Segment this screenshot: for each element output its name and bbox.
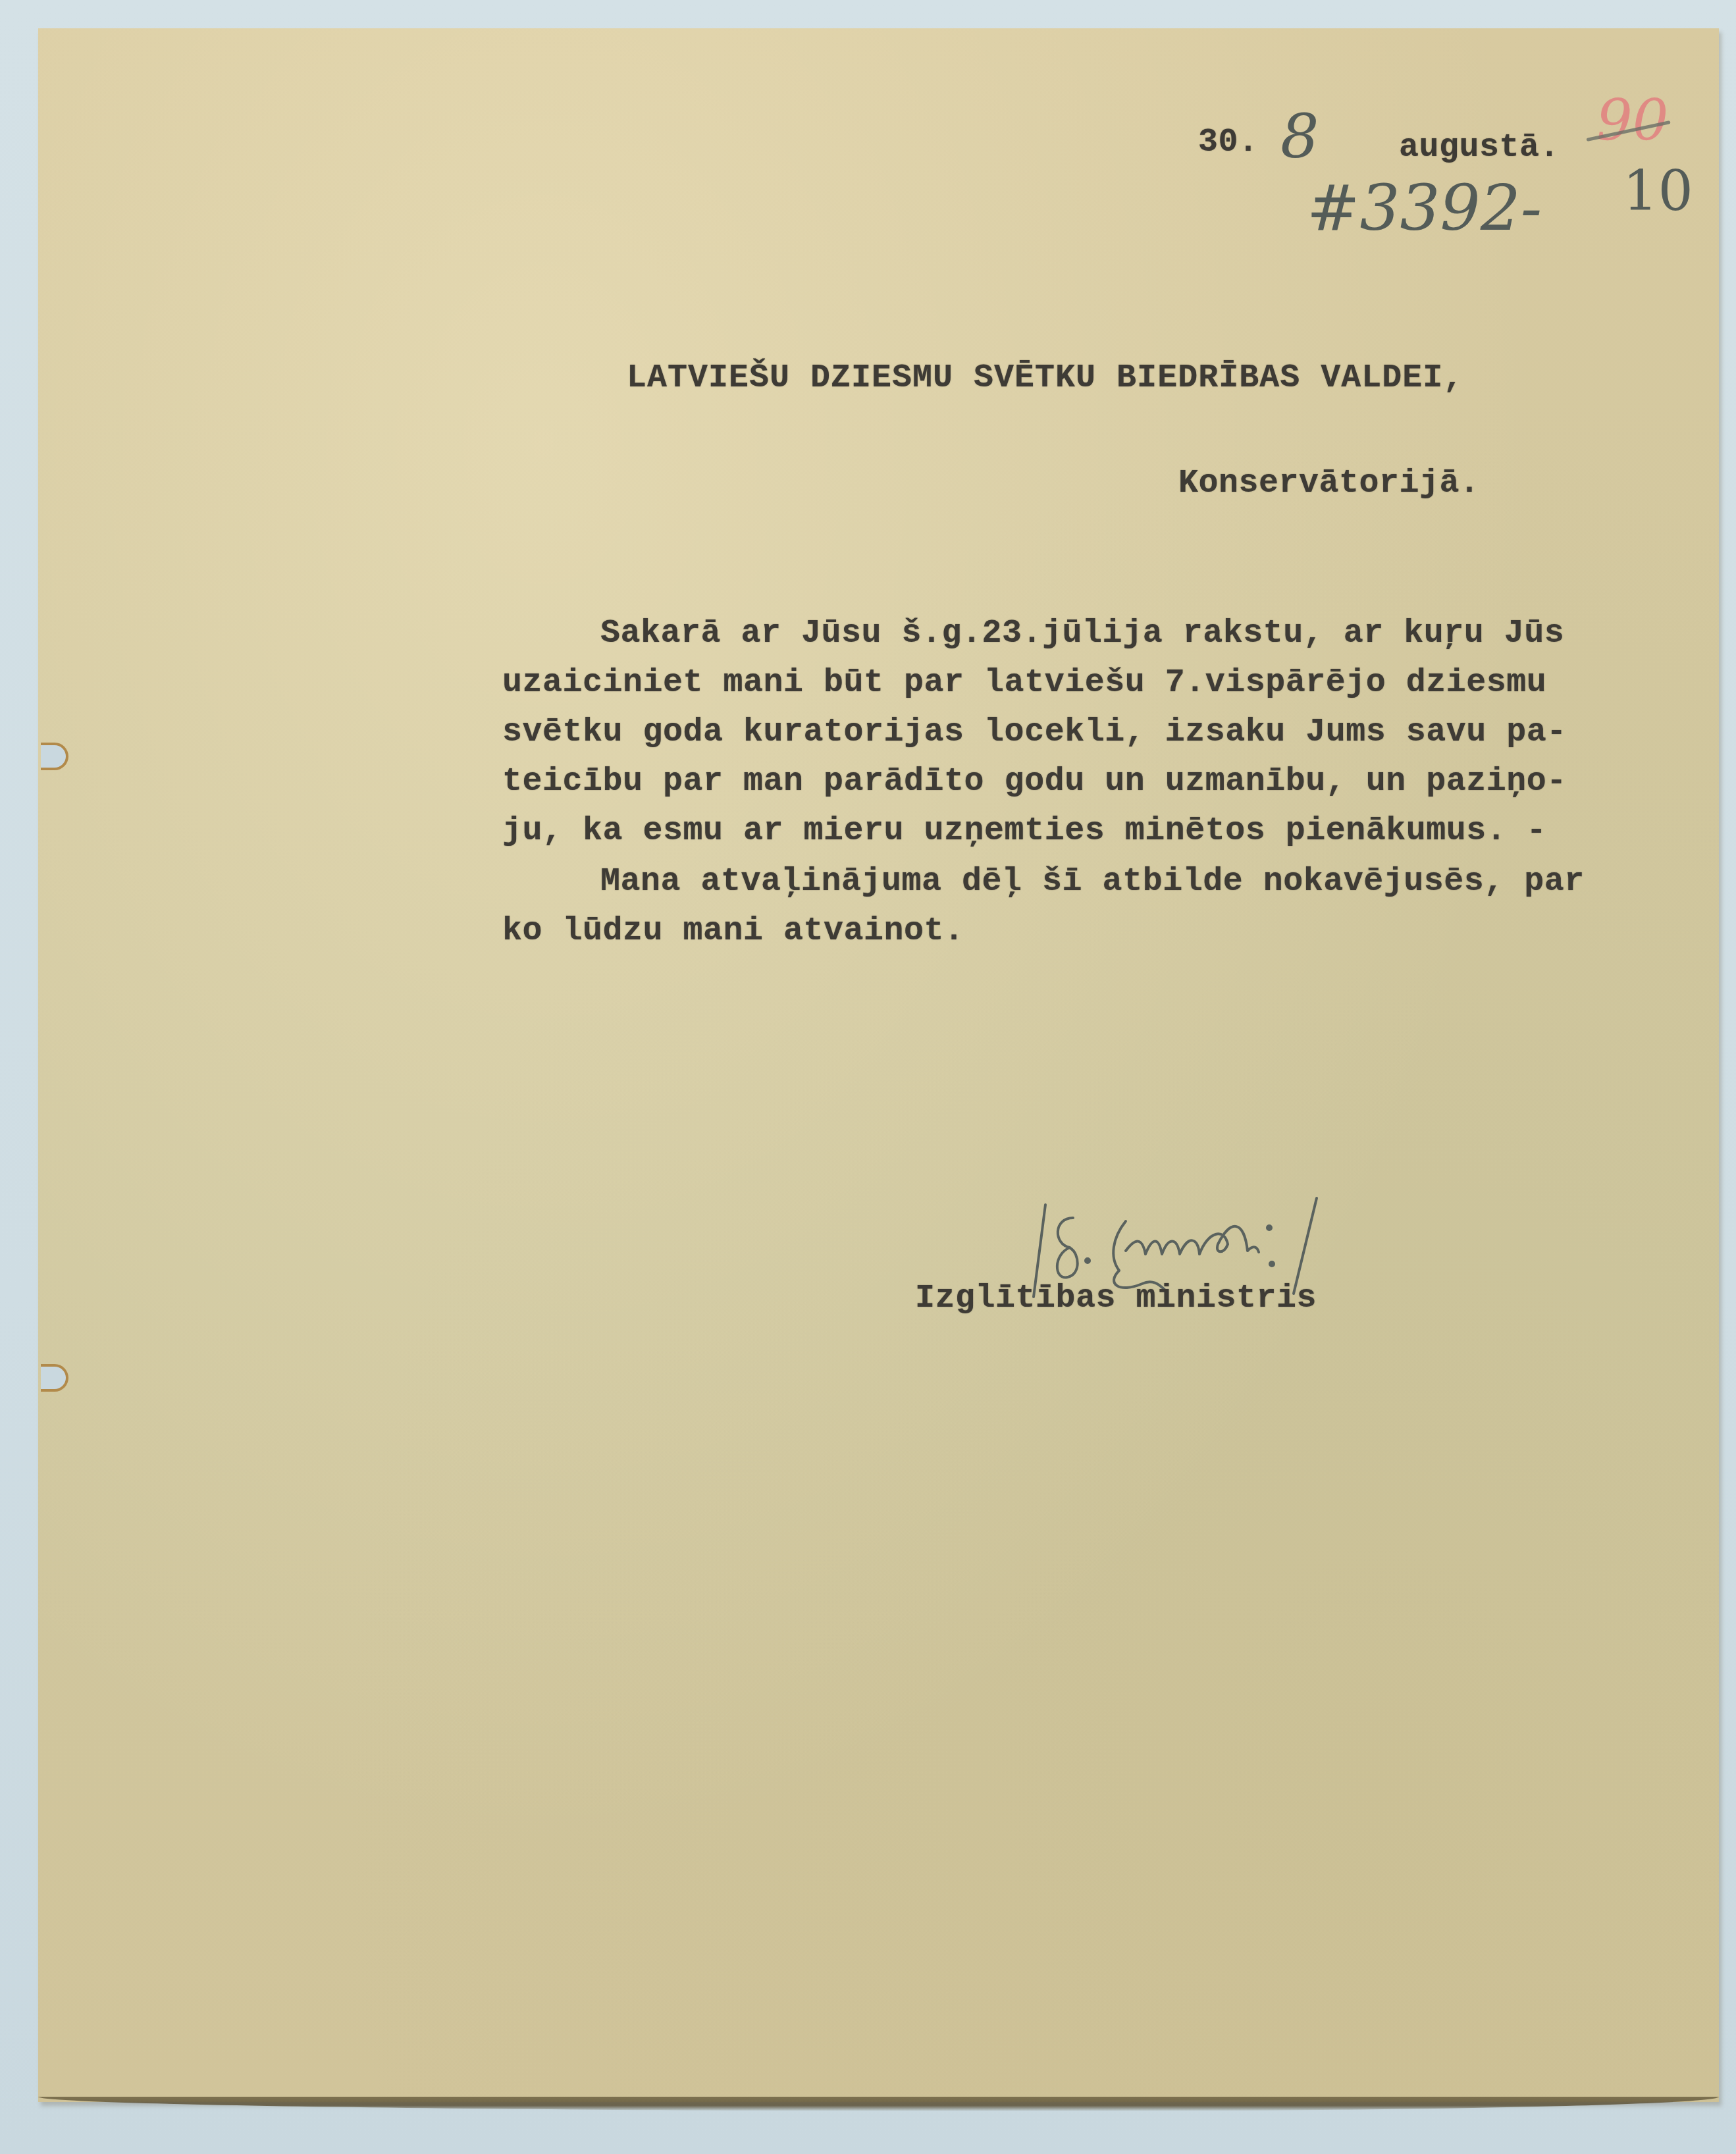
- date-day: 30.: [1198, 126, 1259, 159]
- date-month-handwritten: 8: [1280, 107, 1319, 167]
- page-number-old: 90: [1596, 92, 1668, 149]
- body-line: ju, ka esmu ar mieru uzņemties minētos p…: [502, 815, 1546, 848]
- punch-hole-upper: [41, 743, 68, 770]
- body-line: teicību par man parādīto godu un uzmanīb…: [502, 766, 1567, 799]
- paper-sheet: [38, 28, 1719, 2102]
- addressee-location: Konservātorijā.: [1178, 467, 1480, 500]
- body-line: svētku goda kuratorijas locekli, izsaku …: [502, 716, 1567, 749]
- date-month-typed: augustā.: [1399, 132, 1560, 165]
- body-line: ko lūdzu mani atvainot.: [502, 915, 964, 948]
- body-line: uzaiciniet mani būt par latviešu 7.vispā…: [502, 667, 1546, 700]
- signatory-title: Izglītības ministris: [915, 1282, 1317, 1315]
- addressee-line: LATVIEŠU DZIESMU SVĒTKU BIEDRĪBAS VALDEI…: [627, 362, 1463, 395]
- page-number-new: 10: [1623, 163, 1693, 219]
- registration-number: #3392-: [1307, 176, 1542, 240]
- punch-hole-lower: [41, 1364, 68, 1392]
- body-line: Mana atvaļinājuma dēļ šī atbilde nokavēj…: [600, 866, 1585, 899]
- body-line: Sakarā ar Jūsu š.g.23.jūlija rakstu, ar …: [600, 617, 1564, 650]
